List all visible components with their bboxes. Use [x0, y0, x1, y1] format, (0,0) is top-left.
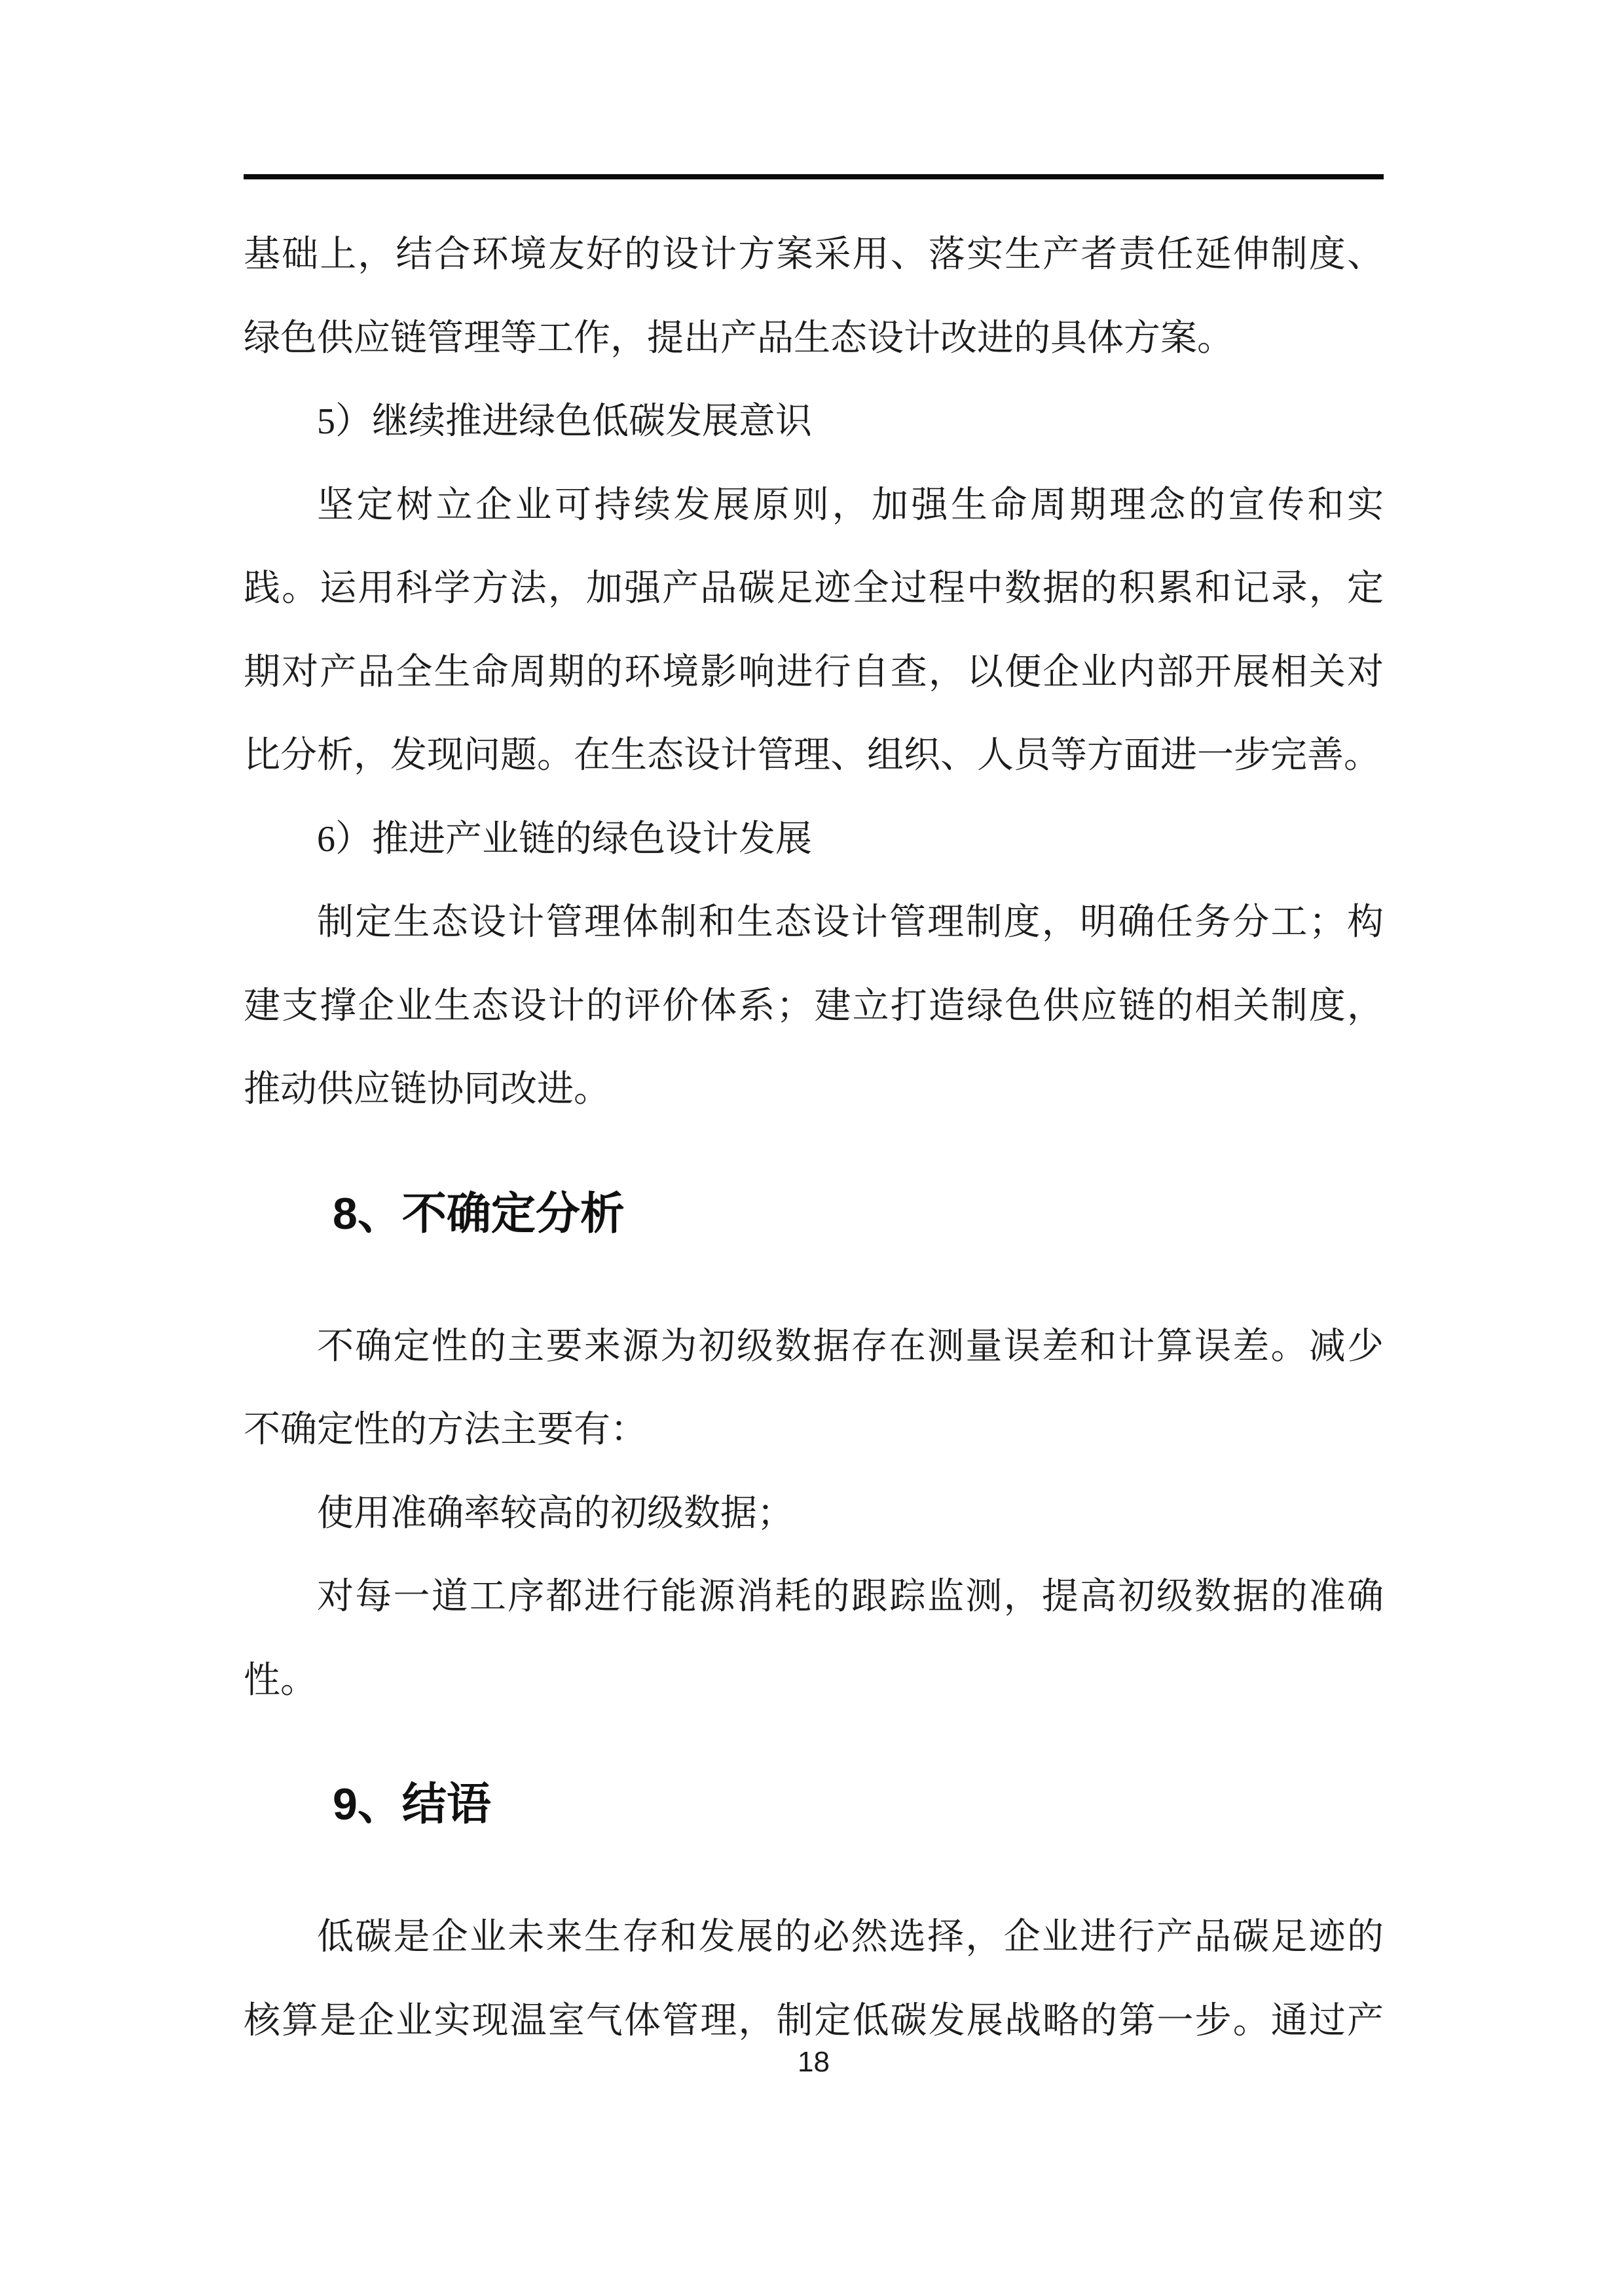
- section-9-heading: 9、结语: [244, 1762, 1384, 1847]
- paragraph: 低碳是企业未来生存和发展的必然选择，企业进行产品碳足迹的 核算是企业实现温室气体…: [244, 1896, 1384, 2063]
- body-line: 践。运用科学方法，加强产品碳足迹全过程中数据的积累和记录，定: [244, 547, 1384, 631]
- body-line: 5）继续推进绿色低碳发展意识: [244, 380, 1384, 464]
- numbered-item: 6）推进产业链的绿色设计发展: [244, 798, 1384, 882]
- body-line: 绿色供应链管理等工作，提出产品生态设计改进的具体方案。: [244, 297, 1384, 381]
- header-rule: [244, 174, 1384, 179]
- body-line: 6）推进产业链的绿色设计发展: [244, 798, 1384, 882]
- body-line: 低碳是企业未来生存和发展的必然选择，企业进行产品碳足迹的: [244, 1896, 1384, 1980]
- paragraph: 对每一道工序都进行能源消耗的跟踪监测，提高初级数据的准确 性。: [244, 1556, 1384, 1722]
- body-line: 坚定树立企业可持续发展原则，加强生命周期理念的宣传和实: [244, 464, 1384, 548]
- body-line: 不确定性的方法主要有：: [244, 1389, 1384, 1472]
- paragraph: 使用准确率较高的初级数据；: [244, 1472, 1384, 1556]
- body-line: 推动供应链协同改进。: [244, 1048, 1384, 1132]
- page-number: 18: [244, 2043, 1384, 2082]
- body-line: 使用准确率较高的初级数据；: [244, 1472, 1384, 1556]
- paragraph: 坚定树立企业可持续发展原则，加强生命周期理念的宣传和实 践。运用科学方法，加强产…: [244, 464, 1384, 798]
- body-line: 制定生态设计管理体制和生态设计管理制度，明确任务分工；构: [244, 881, 1384, 965]
- body-line: 不确定性的主要来源为初级数据存在测量误差和计算误差。减少: [244, 1305, 1384, 1389]
- section-8-heading: 8、不确定分析: [244, 1171, 1384, 1256]
- document-body: 基础上，结合环境友好的设计方案采用、落实生产者责任延伸制度、 绿色供应链管理等工…: [244, 213, 1384, 2063]
- document-page: 基础上，结合环境友好的设计方案采用、落实生产者责任延伸制度、 绿色供应链管理等工…: [0, 0, 1624, 2296]
- body-line: 对每一道工序都进行能源消耗的跟踪监测，提高初级数据的准确: [244, 1556, 1384, 1639]
- body-line: 建支撑企业生态设计的评价体系；建立打造绿色供应链的相关制度，: [244, 965, 1384, 1049]
- body-line: 期对产品全生命周期的环境影响进行自查，以便企业内部开展相关对: [244, 631, 1384, 715]
- numbered-item: 5）继续推进绿色低碳发展意识: [244, 380, 1384, 464]
- body-line: 基础上，结合环境友好的设计方案采用、落实生产者责任延伸制度、: [244, 213, 1384, 297]
- paragraph: 制定生态设计管理体制和生态设计管理制度，明确任务分工；构 建支撑企业生态设计的评…: [244, 881, 1384, 1132]
- paragraph: 基础上，结合环境友好的设计方案采用、落实生产者责任延伸制度、 绿色供应链管理等工…: [244, 213, 1384, 380]
- paragraph: 不确定性的主要来源为初级数据存在测量误差和计算误差。减少 不确定性的方法主要有：: [244, 1305, 1384, 1472]
- body-line: 性。: [244, 1639, 1384, 1723]
- body-line: 比分析，发现问题。在生态设计管理、组织、人员等方面进一步完善。: [244, 714, 1384, 798]
